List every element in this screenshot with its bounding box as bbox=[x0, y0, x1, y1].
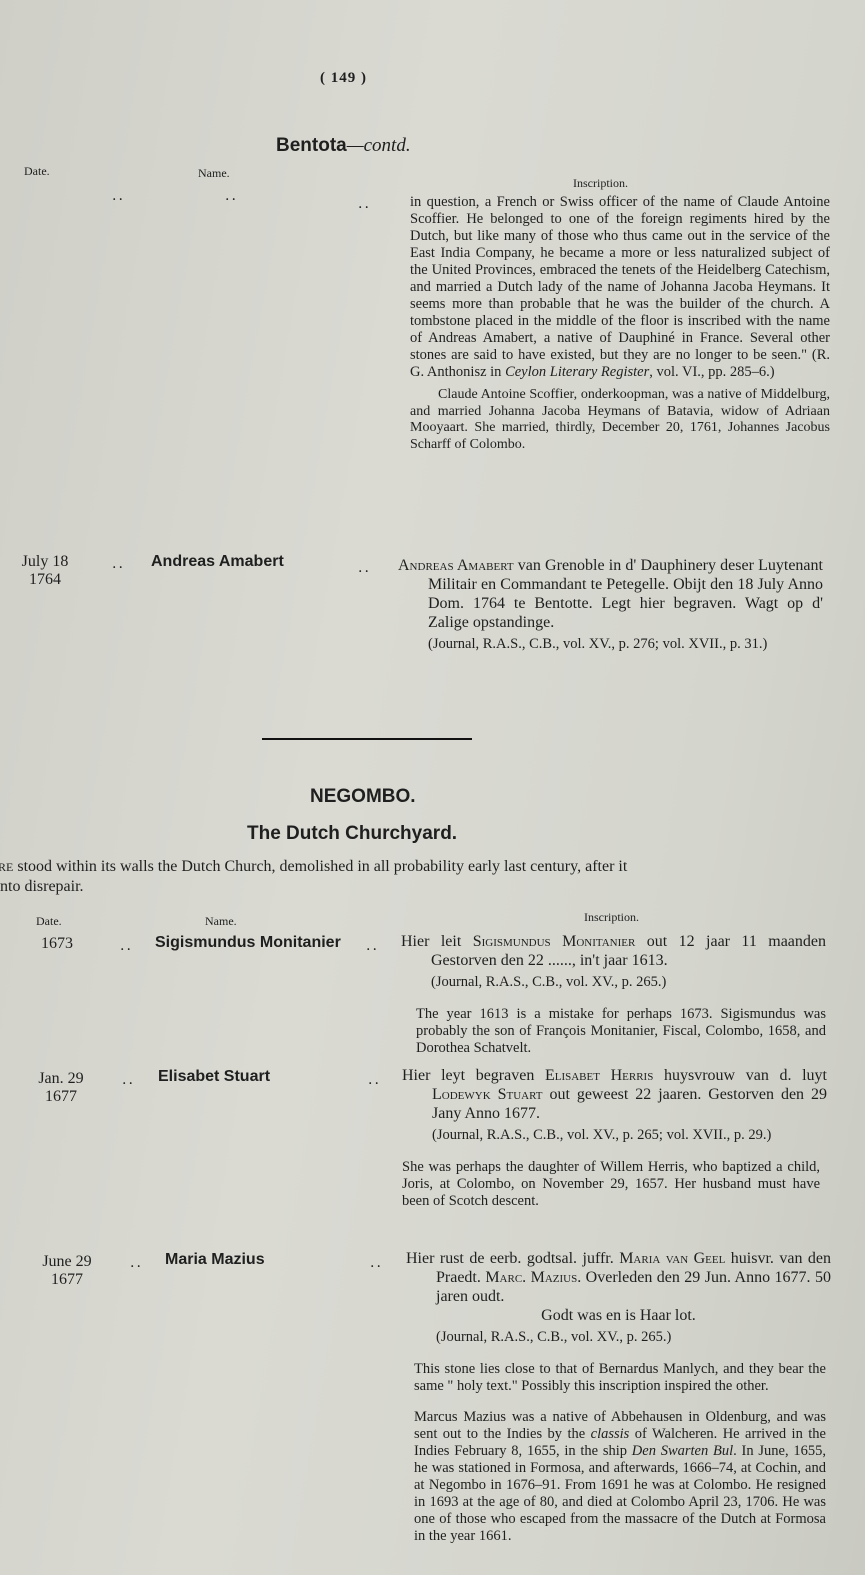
leader-dots: .. bbox=[358, 560, 371, 576]
column-header-date: Date. bbox=[24, 164, 50, 179]
page-number: ( 149 ) bbox=[320, 70, 367, 87]
entry-citation: (Journal, R.A.S., C.B., vol. XV., p. 276… bbox=[398, 636, 823, 653]
column-header-name: Name. bbox=[198, 166, 230, 181]
citation-title: Ceylon Literary Register bbox=[505, 364, 649, 380]
entry-citation: (Journal, R.A.S., C.B., vol. XV., p. 265… bbox=[402, 1127, 827, 1144]
entry-name: Maria Mazius bbox=[165, 1251, 265, 1269]
entry-inscription: Hier leit Sigismundus Monitanier out 12 … bbox=[401, 932, 826, 1071]
leader-dots: .. bbox=[368, 1072, 381, 1088]
leader-dots: .. bbox=[358, 196, 371, 212]
leader-dots: .. bbox=[112, 556, 125, 572]
leader-dots: .. bbox=[122, 1072, 135, 1088]
section-subtitle: The Dutch Churchyard. bbox=[247, 823, 457, 845]
entry-date: July 18 1764 bbox=[10, 553, 80, 589]
column-header-inscription: Inscription. bbox=[573, 176, 628, 191]
column-header-date: Date. bbox=[36, 914, 62, 929]
section-divider bbox=[262, 738, 472, 740]
entry-name: Elisabet Stuart bbox=[158, 1068, 270, 1086]
entry-name: Sigismundus Monitanier bbox=[155, 934, 341, 952]
section-title-bentota: Bentota—contd. bbox=[276, 135, 411, 157]
entry-date: Jan. 29 1677 bbox=[26, 1070, 96, 1106]
section-title-negombo: NEGOMBO. bbox=[310, 786, 416, 808]
inscription-continued: in question, a French or Swiss officer o… bbox=[410, 194, 830, 453]
entry-date: 1673 bbox=[22, 935, 92, 953]
leader-dots: .. bbox=[112, 188, 125, 204]
leader-dots: .. bbox=[370, 1255, 383, 1271]
column-header-name: Name. bbox=[205, 914, 237, 929]
entry-name: Andreas Amabert bbox=[151, 553, 284, 571]
biographical-note-2: Marcus Mazius was a native of Abbehausen… bbox=[414, 1409, 826, 1545]
entry-inscription: Hier rust de eerb. godtsal. juffr. Maria… bbox=[406, 1249, 831, 1560]
entry-citation: (Journal, R.A.S., C.B., vol. XV., p. 265… bbox=[406, 1329, 831, 1346]
entry-inscription: Hier leyt begraven Elisabet Herris huysv… bbox=[402, 1066, 827, 1224]
entry-citation: (Journal, R.A.S., C.B., vol. XV., p. 265… bbox=[401, 974, 826, 991]
leader-dots: .. bbox=[366, 938, 379, 954]
column-header-inscription: Inscription. bbox=[584, 910, 639, 925]
section-title-suffix: —contd. bbox=[347, 135, 411, 156]
leader-dots: .. bbox=[130, 1255, 143, 1271]
biographical-note: This stone lies close to that of Bernard… bbox=[414, 1361, 826, 1395]
section-intro: re stood within its walls the Dutch Chur… bbox=[0, 857, 830, 897]
biographical-note: She was perhaps the daughter of Willem H… bbox=[402, 1159, 820, 1210]
inscription-text: in question, a French or Swiss officer o… bbox=[410, 194, 830, 381]
leader-dots: .. bbox=[225, 188, 238, 204]
biographical-note: Claude Antoine Scoffier, onderkoopman, w… bbox=[410, 387, 830, 453]
leader-dots: .. bbox=[120, 938, 133, 954]
section-title-text: Bentota bbox=[276, 135, 347, 156]
entry-inscription: Andreas Amabert van Grenoble in d' Dauph… bbox=[398, 556, 823, 668]
entry-date: June 29 1677 bbox=[32, 1253, 102, 1289]
inscription-motto: Godt was en is Haar lot. bbox=[406, 1306, 831, 1325]
biographical-note: The year 1613 is a mistake for perhaps 1… bbox=[416, 1006, 826, 1057]
